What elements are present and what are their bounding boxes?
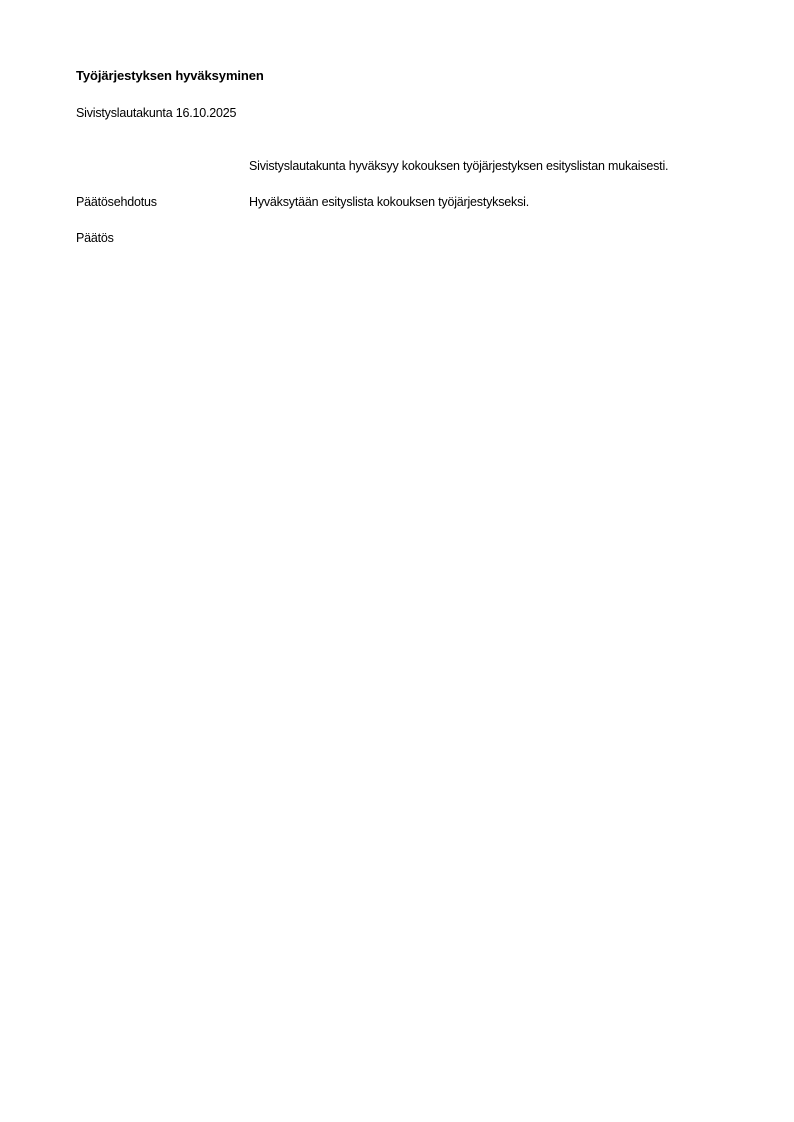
document-title: Työjärjestyksen hyväksyminen <box>76 68 264 83</box>
meeting-info: Sivistyslautakunta 16.10.2025 <box>76 106 236 120</box>
section-text: Sivistyslautakunta hyväksyy kokouksen ty… <box>249 159 668 173</box>
section-label: Päätös <box>76 231 114 245</box>
section-label: Päätösehdotus <box>76 195 157 209</box>
section-text: Hyväksytään esityslista kokouksen työjär… <box>249 195 529 209</box>
document-page: Työjärjestyksen hyväksyminen Sivistyslau… <box>0 0 794 1122</box>
